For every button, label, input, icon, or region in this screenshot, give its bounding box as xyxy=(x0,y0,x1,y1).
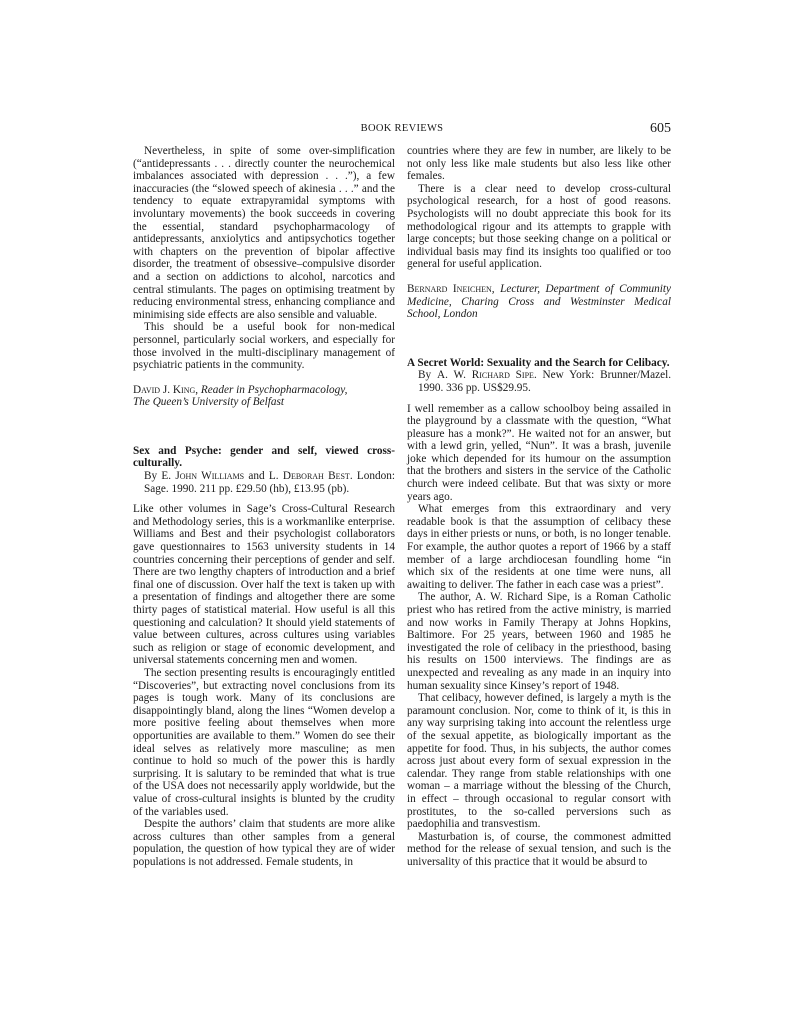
page-header: BOOK REVIEWS 605 xyxy=(133,121,671,137)
paragraph: I well remember as a callow schoolboy be… xyxy=(407,403,671,504)
paragraph: The section presenting results is encour… xyxy=(133,667,395,818)
paragraph: That celibacy, however defined, is large… xyxy=(407,692,671,831)
reviewer-name: Bernard Ineichen xyxy=(407,283,492,295)
reviewer-signature: Bernard Ineichen, Lecturer, Department o… xyxy=(407,283,671,321)
paragraph: Masturbation is, of course, the commones… xyxy=(407,831,671,869)
paragraph: What emerges from this extraordinary and… xyxy=(407,503,671,591)
author-name: E. John Williams xyxy=(161,470,244,482)
author-name: A. W. Richard Sipe xyxy=(437,369,534,381)
running-head: BOOK REVIEWS xyxy=(133,123,671,134)
paragraph: There is a clear need to develop cross-c… xyxy=(407,183,671,271)
paragraph: Like other volumes in Sage’s Cross-Cultu… xyxy=(133,503,395,667)
bibliographic-details: By A. W. Richard Sipe. New York: Brunner… xyxy=(407,369,671,394)
review-title: Sex and Psyche: gender and self, viewed … xyxy=(133,445,395,470)
reviewer-role: Reader in Psychopharmacology, xyxy=(201,384,348,396)
bibliographic-details: By E. John Williams and L. Deborah Best.… xyxy=(133,470,395,495)
paragraph: countries where they are few in number, … xyxy=(407,145,671,183)
paragraph: This should be a useful book for non-med… xyxy=(133,321,395,371)
right-column: countries where they are few in number, … xyxy=(407,145,671,868)
paragraph: Nevertheless, in spite of some over-simp… xyxy=(133,145,395,321)
author-name: L. Deborah Best xyxy=(269,470,350,482)
reviewer-affiliation: The Queen’s University of Belfast xyxy=(133,396,284,408)
reviewer-name: David J. King xyxy=(133,384,195,396)
review-title: A Secret World: Sexuality and the Search… xyxy=(407,357,671,370)
paragraph: The author, A. W. Richard Sipe, is a Rom… xyxy=(407,591,671,692)
page-number: 605 xyxy=(650,121,671,137)
reviewer-signature: David J. King, Reader in Psychopharmacol… xyxy=(133,384,395,409)
paragraph: Despite the authors’ claim that students… xyxy=(133,818,395,868)
left-column: Nevertheless, in spite of some over-simp… xyxy=(133,145,395,868)
